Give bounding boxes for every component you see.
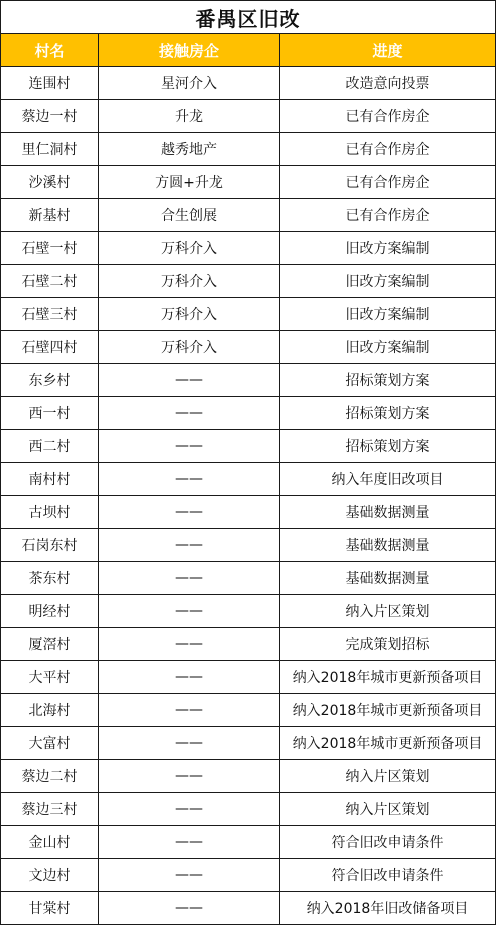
cell-developer: 万科介入 bbox=[99, 232, 280, 265]
cell-developer: —— bbox=[99, 628, 280, 661]
cell-developer: 万科介入 bbox=[99, 331, 280, 364]
table-row: 东乡村——招标策划方案 bbox=[1, 364, 496, 397]
cell-progress: 旧改方案编制 bbox=[280, 298, 496, 331]
cell-progress: 招标策划方案 bbox=[280, 397, 496, 430]
cell-progress: 纳入片区策划 bbox=[280, 595, 496, 628]
cell-village: 石壁一村 bbox=[1, 232, 99, 265]
table-row: 北海村——纳入2018年城市更新预备项目 bbox=[1, 694, 496, 727]
table-row: 大富村——纳入2018年城市更新预备项目 bbox=[1, 727, 496, 760]
cell-village: 西二村 bbox=[1, 430, 99, 463]
cell-progress: 旧改方案编制 bbox=[280, 265, 496, 298]
cell-village: 石壁三村 bbox=[1, 298, 99, 331]
table-row: 新基村合生创展已有合作房企 bbox=[1, 199, 496, 232]
table-row: 石壁四村万科介入旧改方案编制 bbox=[1, 331, 496, 364]
cell-village: 连围村 bbox=[1, 67, 99, 100]
cell-developer: —— bbox=[99, 793, 280, 826]
cell-developer: —— bbox=[99, 364, 280, 397]
table-row: 蔡边三村——纳入片区策划 bbox=[1, 793, 496, 826]
table-row: 甘棠村——纳入2018年旧改储备项目 bbox=[1, 892, 496, 925]
table-row: 蔡边二村——纳入片区策划 bbox=[1, 760, 496, 793]
cell-developer: —— bbox=[99, 496, 280, 529]
table-row: 沙溪村方圆+升龙已有合作房企 bbox=[1, 166, 496, 199]
cell-progress: 纳入年度旧改项目 bbox=[280, 463, 496, 496]
cell-village: 甘棠村 bbox=[1, 892, 99, 925]
cell-developer: —— bbox=[99, 397, 280, 430]
table-row: 石壁一村万科介入旧改方案编制 bbox=[1, 232, 496, 265]
header-row: 村名 接触房企 进度 bbox=[1, 34, 496, 67]
cell-village: 明经村 bbox=[1, 595, 99, 628]
cell-progress: 基础数据测量 bbox=[280, 562, 496, 595]
table-row: 西二村——招标策划方案 bbox=[1, 430, 496, 463]
cell-village: 里仁洞村 bbox=[1, 133, 99, 166]
cell-progress: 已有合作房企 bbox=[280, 133, 496, 166]
cell-village: 新基村 bbox=[1, 199, 99, 232]
table-row: 蔡边一村升龙已有合作房企 bbox=[1, 100, 496, 133]
cell-developer: 越秀地产 bbox=[99, 133, 280, 166]
table-row: 西一村——招标策划方案 bbox=[1, 397, 496, 430]
cell-developer: 升龙 bbox=[99, 100, 280, 133]
cell-village: 大平村 bbox=[1, 661, 99, 694]
cell-developer: 合生创展 bbox=[99, 199, 280, 232]
cell-developer: 方圆+升龙 bbox=[99, 166, 280, 199]
cell-village: 文边村 bbox=[1, 859, 99, 892]
column-header-progress: 进度 bbox=[280, 34, 496, 67]
table-row: 石壁二村万科介入旧改方案编制 bbox=[1, 265, 496, 298]
cell-village: 石壁二村 bbox=[1, 265, 99, 298]
cell-progress: 纳入2018年旧改储备项目 bbox=[280, 892, 496, 925]
cell-village: 石壁四村 bbox=[1, 331, 99, 364]
cell-progress: 已有合作房企 bbox=[280, 199, 496, 232]
table-row: 文边村——符合旧改申请条件 bbox=[1, 859, 496, 892]
cell-developer: —— bbox=[99, 463, 280, 496]
cell-developer: —— bbox=[99, 529, 280, 562]
cell-developer: —— bbox=[99, 562, 280, 595]
column-header-village: 村名 bbox=[1, 34, 99, 67]
cell-village: 蔡边三村 bbox=[1, 793, 99, 826]
table-row: 金山村——符合旧改申请条件 bbox=[1, 826, 496, 859]
cell-village: 南村村 bbox=[1, 463, 99, 496]
column-header-developer: 接触房企 bbox=[99, 34, 280, 67]
cell-developer: 万科介入 bbox=[99, 265, 280, 298]
cell-developer: —— bbox=[99, 430, 280, 463]
cell-village: 北海村 bbox=[1, 694, 99, 727]
cell-progress: 已有合作房企 bbox=[280, 100, 496, 133]
cell-developer: —— bbox=[99, 727, 280, 760]
table-row: 古坝村——基础数据测量 bbox=[1, 496, 496, 529]
cell-progress: 纳入2018年城市更新预备项目 bbox=[280, 694, 496, 727]
cell-village: 蔡边二村 bbox=[1, 760, 99, 793]
cell-village: 石岗东村 bbox=[1, 529, 99, 562]
cell-developer: —— bbox=[99, 892, 280, 925]
cell-developer: —— bbox=[99, 694, 280, 727]
table-row: 石岗东村——基础数据测量 bbox=[1, 529, 496, 562]
cell-progress: 符合旧改申请条件 bbox=[280, 826, 496, 859]
renovation-table: 番禺区旧改 村名 接触房企 进度 连围村星河介入改造意向投票蔡边一村升龙已有合作… bbox=[0, 0, 496, 925]
table-row: 南村村——纳入年度旧改项目 bbox=[1, 463, 496, 496]
cell-progress: 基础数据测量 bbox=[280, 529, 496, 562]
table-row: 厦滘村——完成策划招标 bbox=[1, 628, 496, 661]
cell-progress: 基础数据测量 bbox=[280, 496, 496, 529]
table-row: 里仁洞村越秀地产已有合作房企 bbox=[1, 133, 496, 166]
cell-progress: 招标策划方案 bbox=[280, 430, 496, 463]
table-title: 番禺区旧改 bbox=[1, 1, 496, 34]
table-row: 大平村——纳入2018年城市更新预备项目 bbox=[1, 661, 496, 694]
cell-progress: 完成策划招标 bbox=[280, 628, 496, 661]
cell-progress: 旧改方案编制 bbox=[280, 232, 496, 265]
cell-developer: —— bbox=[99, 760, 280, 793]
table-row: 连围村星河介入改造意向投票 bbox=[1, 67, 496, 100]
cell-developer: —— bbox=[99, 661, 280, 694]
cell-village: 蔡边一村 bbox=[1, 100, 99, 133]
cell-progress: 改造意向投票 bbox=[280, 67, 496, 100]
cell-village: 西一村 bbox=[1, 397, 99, 430]
cell-developer: 万科介入 bbox=[99, 298, 280, 331]
cell-progress: 招标策划方案 bbox=[280, 364, 496, 397]
cell-progress: 旧改方案编制 bbox=[280, 331, 496, 364]
cell-developer: —— bbox=[99, 826, 280, 859]
cell-developer: 星河介入 bbox=[99, 67, 280, 100]
cell-progress: 纳入片区策划 bbox=[280, 760, 496, 793]
cell-village: 古坝村 bbox=[1, 496, 99, 529]
cell-village: 沙溪村 bbox=[1, 166, 99, 199]
table-row: 茶东村——基础数据测量 bbox=[1, 562, 496, 595]
cell-village: 大富村 bbox=[1, 727, 99, 760]
cell-village: 东乡村 bbox=[1, 364, 99, 397]
cell-village: 金山村 bbox=[1, 826, 99, 859]
title-row: 番禺区旧改 bbox=[1, 1, 496, 34]
cell-progress: 纳入片区策划 bbox=[280, 793, 496, 826]
cell-developer: —— bbox=[99, 595, 280, 628]
cell-progress: 纳入2018年城市更新预备项目 bbox=[280, 661, 496, 694]
cell-developer: —— bbox=[99, 859, 280, 892]
cell-progress: 符合旧改申请条件 bbox=[280, 859, 496, 892]
cell-progress: 纳入2018年城市更新预备项目 bbox=[280, 727, 496, 760]
cell-village: 厦滘村 bbox=[1, 628, 99, 661]
table-row: 石壁三村万科介入旧改方案编制 bbox=[1, 298, 496, 331]
cell-village: 茶东村 bbox=[1, 562, 99, 595]
cell-progress: 已有合作房企 bbox=[280, 166, 496, 199]
table-row: 明经村——纳入片区策划 bbox=[1, 595, 496, 628]
